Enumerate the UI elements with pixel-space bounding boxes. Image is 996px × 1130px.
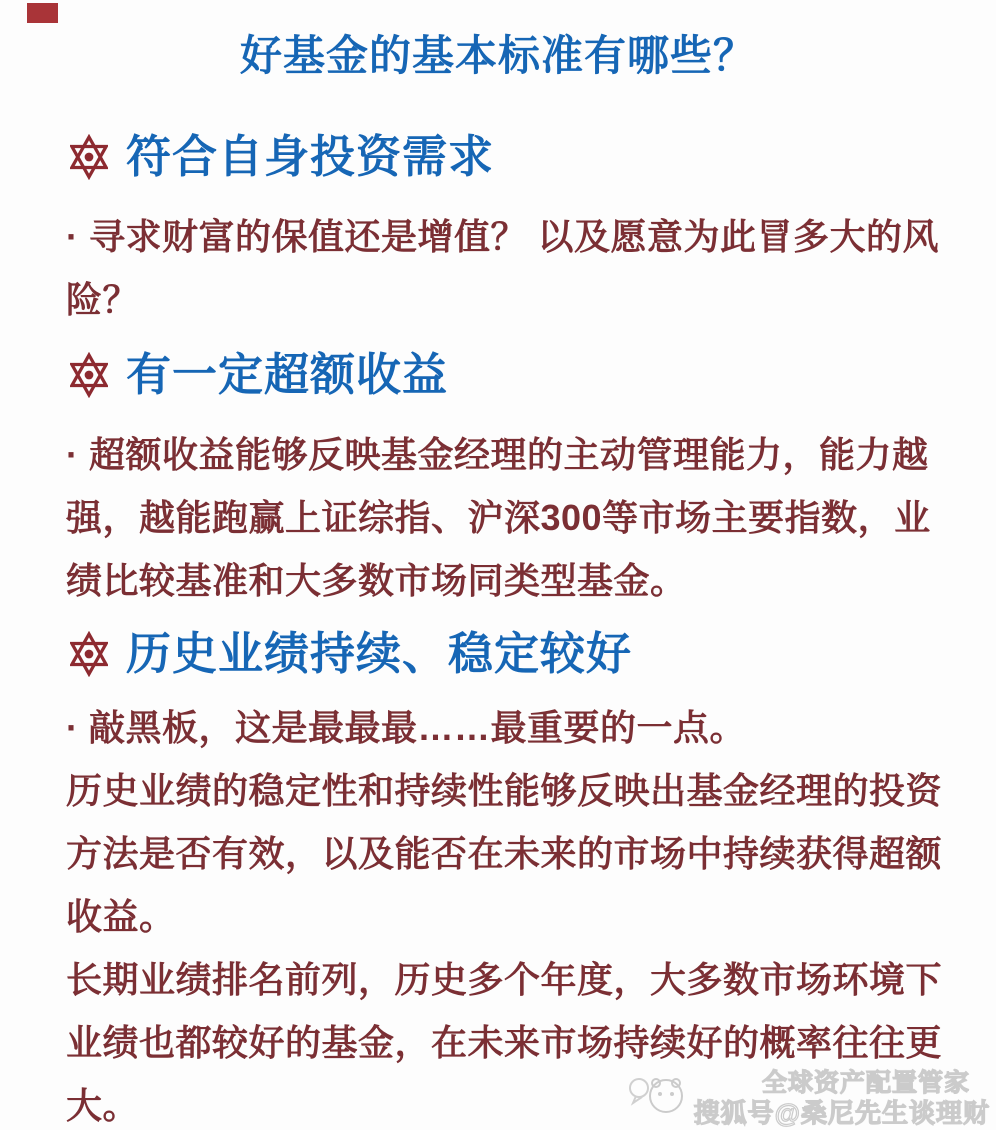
watermark-text: 全球资产配置管家 搜狐号@桑尼先生谈理财 [694, 1068, 990, 1128]
section-historical-performance: 历史业绩持续、稳定较好 · 敲黑板，这是最最最……最重要的一点。 历史业绩的稳定… [0, 626, 996, 1130]
dotted-six-pointed-star-icon [70, 631, 108, 677]
dotted-six-pointed-star-icon [70, 352, 108, 398]
section-heading-row: 符合自身投资需求 [70, 129, 996, 185]
section-excess-return: 有一定超额收益 · 超额收益能够反映基金经理的主动管理能力，能力越强，越能跑赢上… [0, 347, 996, 612]
watermark-account-text: 搜狐号@桑尼先生谈理财 [694, 1098, 990, 1128]
section-heading: 符合自身投资需求 [126, 129, 494, 185]
section-paragraph: · 敲黑板，这是最最最……最重要的一点。 [66, 696, 950, 759]
section-paragraph: 历史业绩的稳定性和持续性能够反映出基金经理的投资方法是否有效，以及能否在未来的市… [66, 759, 950, 948]
section-heading-row: 有一定超额收益 [70, 347, 996, 403]
section-paragraph: · 寻求财富的保值还是增值？ 以及愿意为此冒多大的风险？ [66, 205, 950, 331]
section-investment-needs: 符合自身投资需求 · 寻求财富的保值还是增值？ 以及愿意为此冒多大的风险？ [0, 129, 996, 331]
watermark-face-icon [626, 1072, 694, 1124]
page-title: 好基金的基本标准有哪些？ [0, 0, 996, 85]
section-body: · 超额收益能够反映基金经理的主动管理能力，能力越强，越能跑赢上证综指、沪深30… [66, 423, 950, 612]
watermark-brand-text: 全球资产配置管家 [762, 1068, 970, 1098]
section-body: · 敲黑板，这是最最最……最重要的一点。 历史业绩的稳定性和持续性能够反映出基金… [66, 696, 950, 1130]
red-corner-mark [27, 3, 58, 23]
section-heading: 历史业绩持续、稳定较好 [126, 626, 632, 682]
section-body: · 寻求财富的保值还是增值？ 以及愿意为此冒多大的风险？ [66, 205, 950, 331]
dotted-six-pointed-star-icon [70, 134, 108, 180]
infographic-page: 好基金的基本标准有哪些？ 符合自身投资需求 · 寻求财富的保值还是增值？ 以及愿… [0, 0, 996, 1130]
section-heading-row: 历史业绩持续、稳定较好 [70, 626, 996, 682]
section-heading: 有一定超额收益 [126, 347, 448, 403]
section-paragraph: · 超额收益能够反映基金经理的主动管理能力，能力越强，越能跑赢上证综指、沪深30… [66, 423, 950, 612]
watermark: 全球资产配置管家 搜狐号@桑尼先生谈理财 [626, 1068, 990, 1128]
